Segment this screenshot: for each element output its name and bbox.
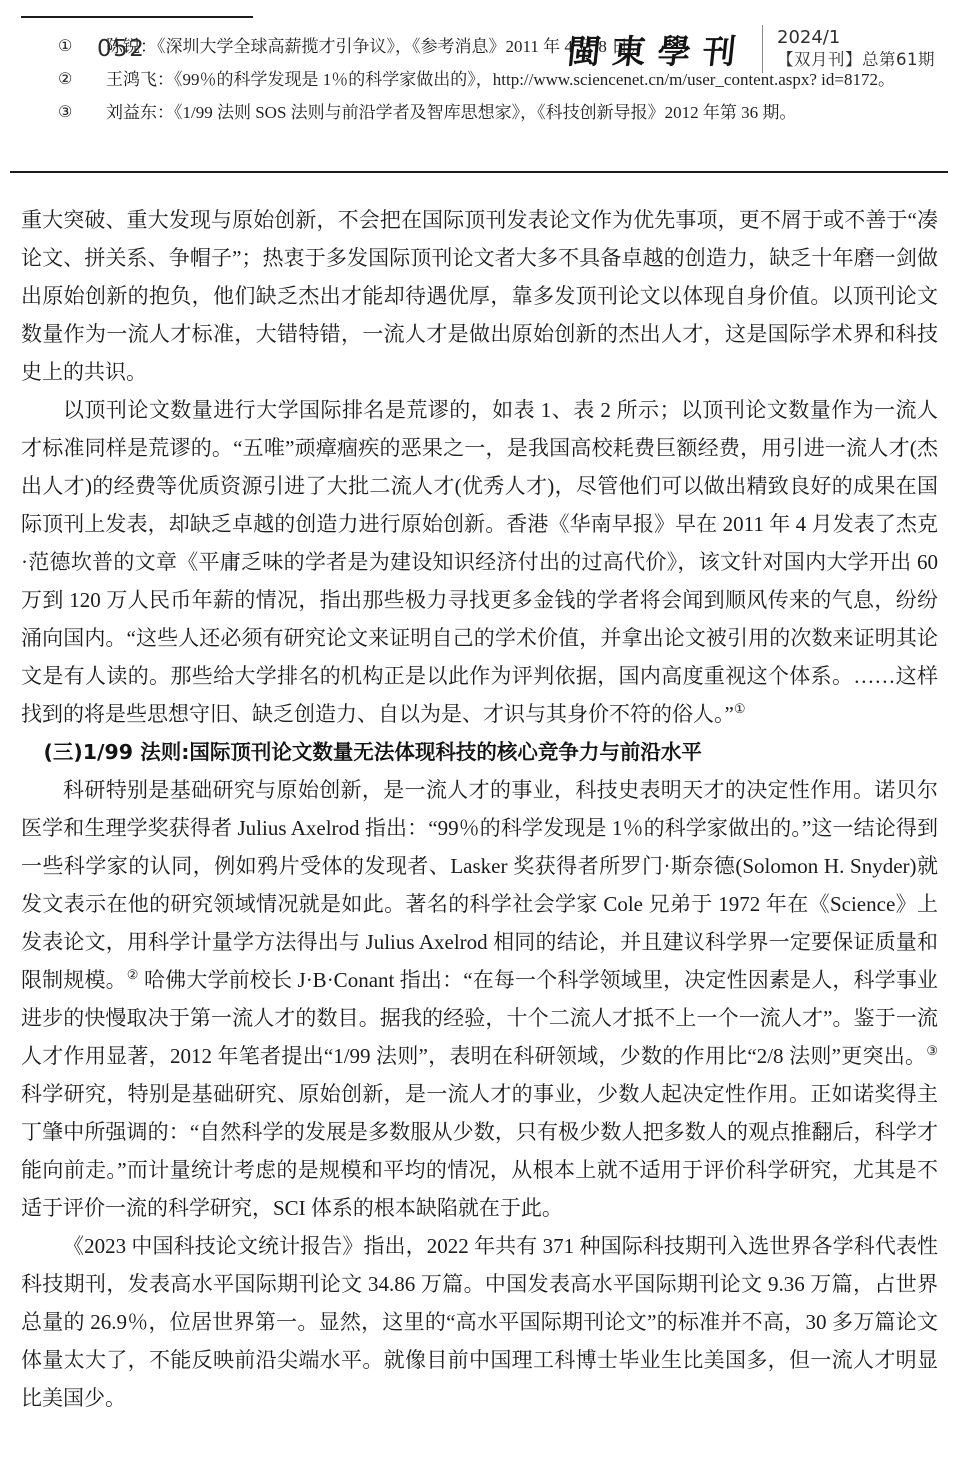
paragraph-statistics-report: 《2023 中国科技论文统计报告》指出，2022 年共有 371 种国际科技期刊… bbox=[21, 1227, 938, 1417]
section-heading: (三)1/99 法则:国际顶刊论文数量无法体现科技的核心竞争力与前沿水平 bbox=[21, 733, 938, 771]
footnote-item: ③ 刘益东：《1/99 法则 SOS 法则与前沿学者及智库思想家》，《科技创新导… bbox=[21, 96, 938, 129]
paragraph-continuation: 重大突破、重大发现与原始创新，不会把在国际顶刊发表论文作为优先事项，更不屑于或不… bbox=[21, 201, 938, 391]
header-rule bbox=[10, 171, 948, 173]
footnote-ref-1: ① bbox=[734, 701, 746, 716]
issue-year-number: 2024/1 bbox=[777, 27, 935, 49]
article-body: 重大突破、重大发现与原始创新，不会把在国际顶刊发表论文作为优先事项，更不屑于或不… bbox=[21, 201, 938, 1417]
paragraph-text: 以顶刊论文数量进行大学国际排名是荒谬的，如表 1、表 2 所示；以顶刊论文数量作… bbox=[21, 398, 938, 726]
paragraph-199-rule: 科研特别是基础研究与原始创新，是一流人才的事业，科技史表明天才的决定性作用。诺贝… bbox=[21, 771, 938, 1227]
paragraph-text: 哈佛大学前校长 J·B·Conant 指出：“在每一个科学领域里，决定性因素是人… bbox=[21, 968, 938, 1068]
masthead-divider bbox=[762, 25, 763, 73]
footnote-marker: ③ bbox=[58, 96, 106, 129]
paragraph-text: 《2023 中国科技论文统计报告》指出，2022 年共有 371 种国际科技期刊… bbox=[21, 1234, 938, 1410]
footnote-ref-2: ② bbox=[127, 967, 139, 982]
paragraph-text: 科研特别是基础研究与原始创新，是一流人才的事业，科技史表明天才的决定性作用。诺贝… bbox=[21, 778, 938, 992]
footnote-ref-3: ③ bbox=[926, 1043, 938, 1058]
journal-title: 閩東學刊 bbox=[565, 24, 750, 73]
footnote-separator bbox=[21, 16, 253, 18]
footnote-marker: ② bbox=[58, 63, 106, 96]
paragraph-rankings: 以顶刊论文数量进行大学国际排名是荒谬的，如表 1、表 2 所示；以顶刊论文数量作… bbox=[21, 391, 938, 733]
paragraph-text: 重大突破、重大发现与原始创新，不会把在国际顶刊发表论文作为优先事项，更不屑于或不… bbox=[21, 208, 938, 384]
journal-page: 052 閩東學刊 2024/1 【双月刊】总第61期 重大突破、重大发现与原始创… bbox=[0, 0, 958, 1476]
paragraph-text: 科学研究，特别是基础研究、原始创新，是一流人才的事业，少数人起决定性作用。正如诺… bbox=[21, 1082, 938, 1220]
footnote-text: 刘益东：《1/99 法则 SOS 法则与前沿学者及智库思想家》，《科技创新导报》… bbox=[106, 96, 938, 129]
page-number: 052 bbox=[97, 36, 145, 62]
issue-info: 2024/1 【双月刊】总第61期 bbox=[777, 27, 935, 70]
issue-frequency-total: 【双月刊】总第61期 bbox=[777, 49, 935, 70]
masthead: 閩東學刊 2024/1 【双月刊】总第61期 bbox=[568, 24, 935, 73]
